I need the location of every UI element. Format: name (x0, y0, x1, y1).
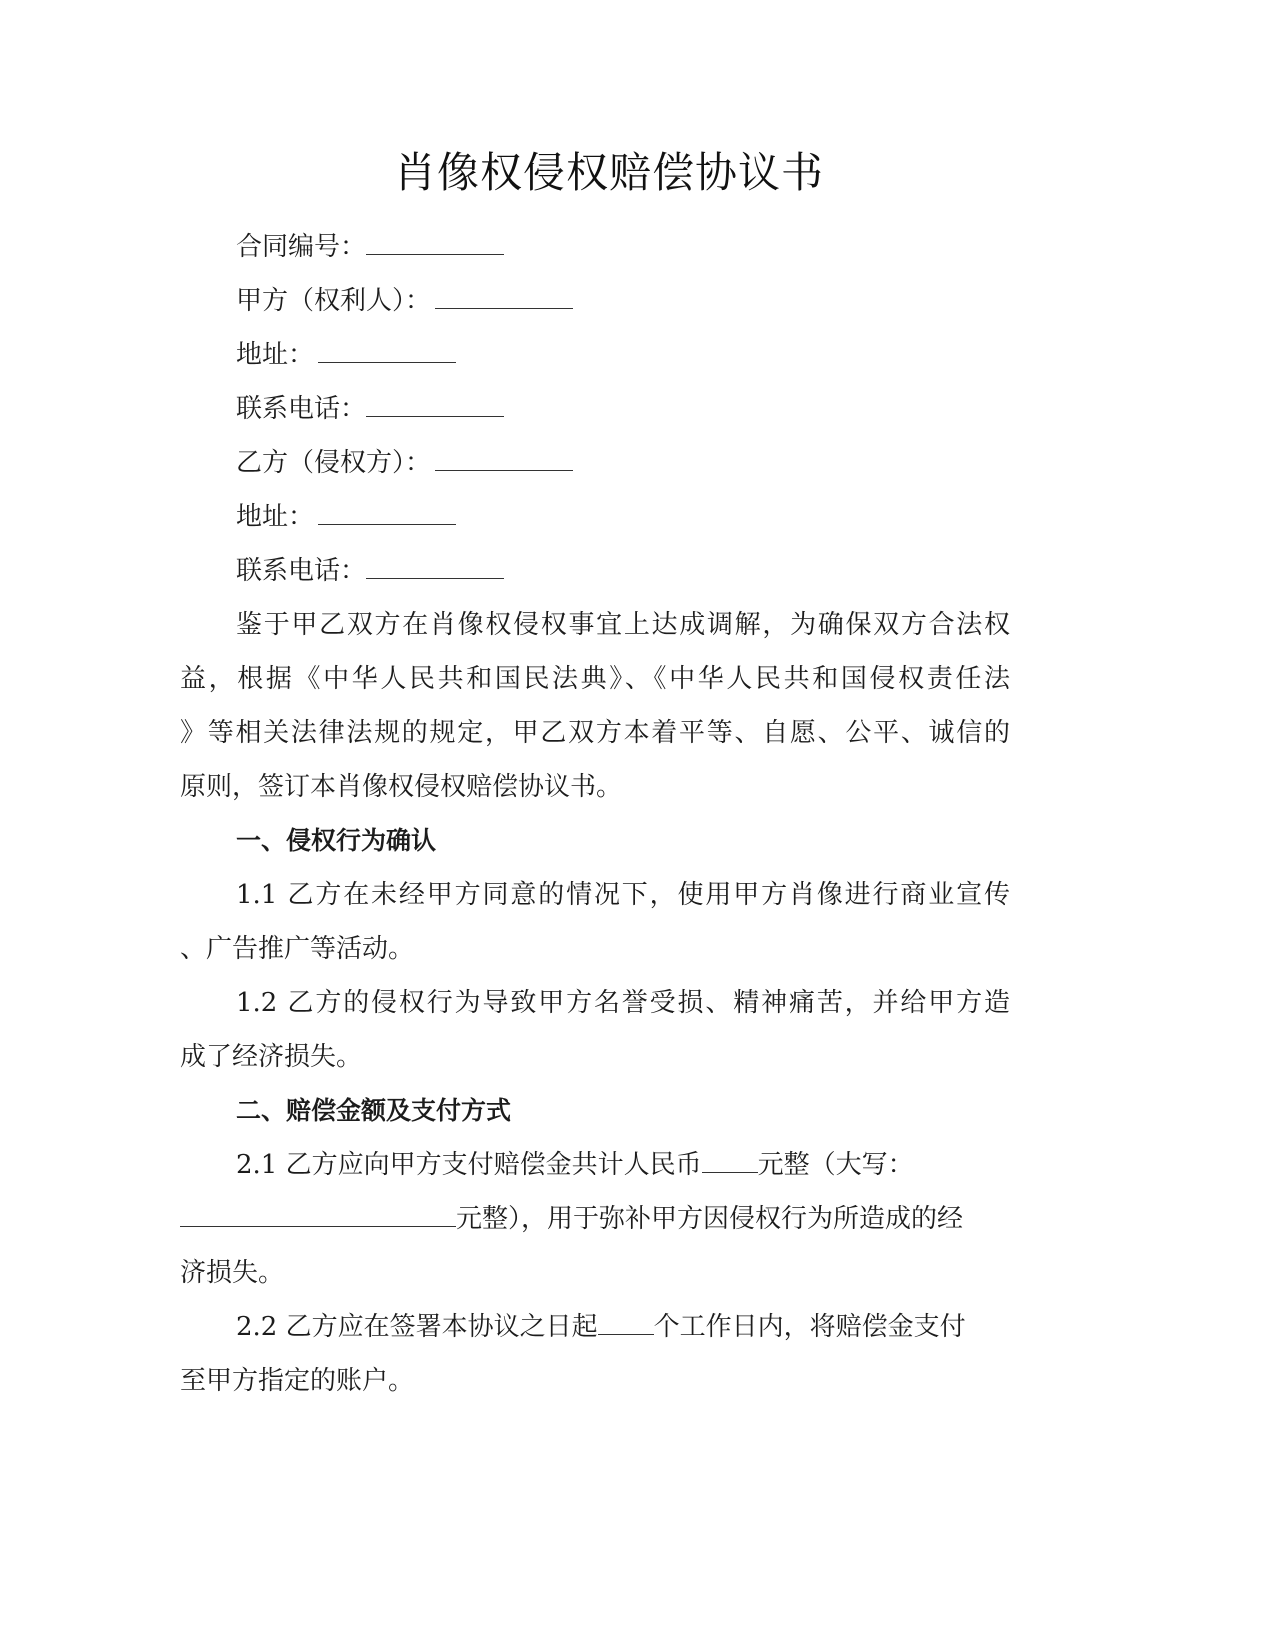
document-title: 肖像权侵权赔偿协议书 (0, 140, 1218, 200)
clause-2-1-line-2: 元整），用于弥补甲方因侵权行为所造成的经 (180, 1202, 963, 1236)
field-party-b-phone: 联系电话： (236, 554, 504, 588)
party-b-blank[interactable] (435, 446, 573, 471)
field-label: 地址： (236, 338, 314, 372)
field-party-a-address: 地址： (236, 338, 456, 372)
party-b-address-blank[interactable] (318, 500, 456, 525)
working-days-blank[interactable] (598, 1310, 654, 1335)
preamble-line: 原则，签订本肖像权侵权赔偿协议书。 (180, 770, 622, 804)
field-party-b: 乙方（侵权方）： (236, 446, 573, 480)
contract-number-blank[interactable] (366, 230, 504, 255)
field-contract-number: 合同编号： (236, 230, 504, 264)
amount-blank[interactable] (702, 1148, 758, 1173)
field-party-a-phone: 联系电话： (236, 392, 504, 426)
section-heading: 二、赔偿金额及支付方式 (236, 1094, 511, 1128)
party-a-blank[interactable] (435, 284, 573, 309)
amount-uppercase-blank[interactable] (180, 1202, 456, 1227)
field-label: 合同编号： (236, 230, 366, 264)
clause-line: 济损失。 (180, 1256, 284, 1290)
clause-text: 元整），用于弥补甲方因侵权行为所造成的经 (456, 1204, 963, 1234)
clause-text: 2.2 乙方应在签署本协议之日起 (236, 1312, 598, 1342)
field-label: 联系电话： (236, 392, 366, 426)
clause-text: 个工作日内，将赔偿金支付 (654, 1312, 966, 1342)
field-label: 甲方（权利人）： (236, 284, 431, 318)
field-label: 地址： (236, 500, 314, 534)
clause-text: 元整（大写： (758, 1150, 914, 1180)
preamble-line: 》等相关法律法规的规定，甲乙双方本着平等、自愿、公平、诚信的 (180, 716, 1010, 750)
party-a-address-blank[interactable] (318, 338, 456, 363)
field-party-a: 甲方（权利人）： (236, 284, 573, 318)
clause-line: 、广告推广等活动。 (180, 932, 414, 966)
field-party-b-address: 地址： (236, 500, 456, 534)
clause-line: 成了经济损失。 (180, 1040, 362, 1074)
section-heading: 一、侵权行为确认 (236, 824, 436, 858)
clause-line: 至甲方指定的账户。 (180, 1364, 414, 1398)
preamble-line: 益，根据《中华人民共和国民法典》、《中华人民共和国侵权责任法 (180, 662, 1010, 696)
field-label: 乙方（侵权方）： (236, 446, 431, 480)
clause-line: 1.2 乙方的侵权行为导致甲方名誉受损、精神痛苦，并给甲方造 (236, 986, 1010, 1020)
party-a-phone-blank[interactable] (366, 392, 504, 417)
document-page: 肖像权侵权赔偿协议书 合同编号： 甲方（权利人）： 地址： 联系电话： 乙方（侵… (0, 0, 1275, 1650)
clause-2-2-line-1: 2.2 乙方应在签署本协议之日起个工作日内，将赔偿金支付 (236, 1310, 966, 1344)
clause-line: 1.1 乙方在未经甲方同意的情况下，使用甲方肖像进行商业宣传 (236, 878, 1010, 912)
field-label: 联系电话： (236, 554, 366, 588)
party-b-phone-blank[interactable] (366, 554, 504, 579)
clause-2-1-line-1: 2.1 乙方应向甲方支付赔偿金共计人民币元整（大写： (236, 1148, 914, 1182)
preamble-line: 鉴于甲乙双方在肖像权侵权事宜上达成调解，为确保双方合法权 (236, 608, 1010, 642)
clause-text: 2.1 乙方应向甲方支付赔偿金共计人民币 (236, 1150, 702, 1180)
